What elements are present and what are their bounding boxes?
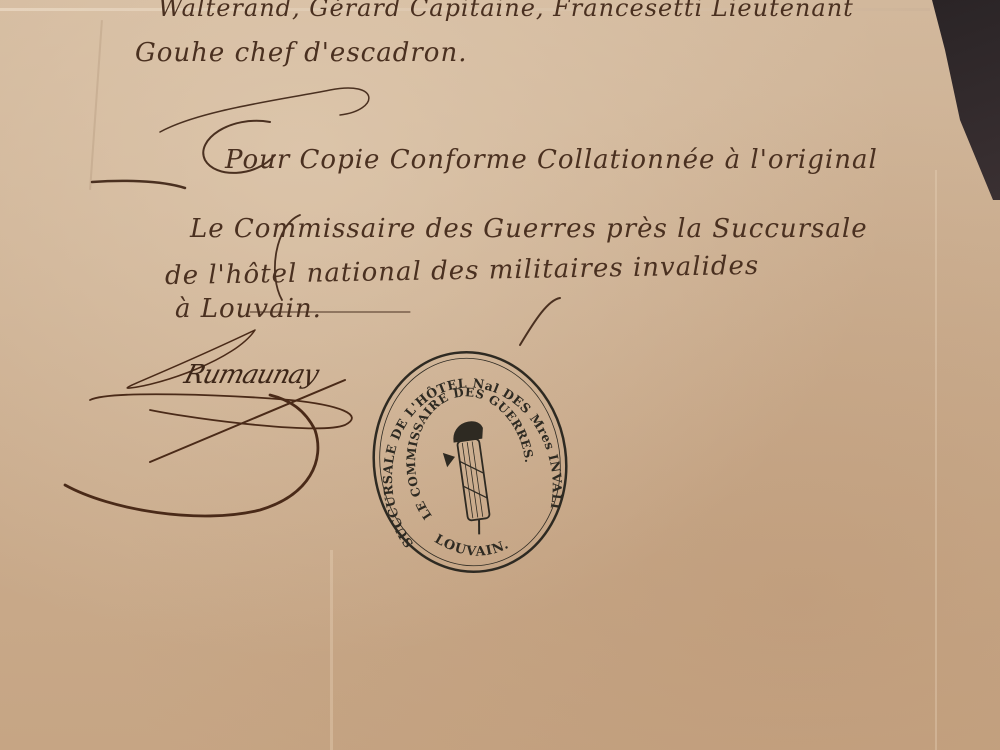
official-stamp: SUCCURSALE DE L'HÔTEL Nal DES Mres INVAL…: [365, 345, 575, 580]
fasces-icon: [440, 420, 497, 538]
signature: Rumaunay: [181, 360, 321, 390]
signature-flourish: [65, 330, 352, 516]
